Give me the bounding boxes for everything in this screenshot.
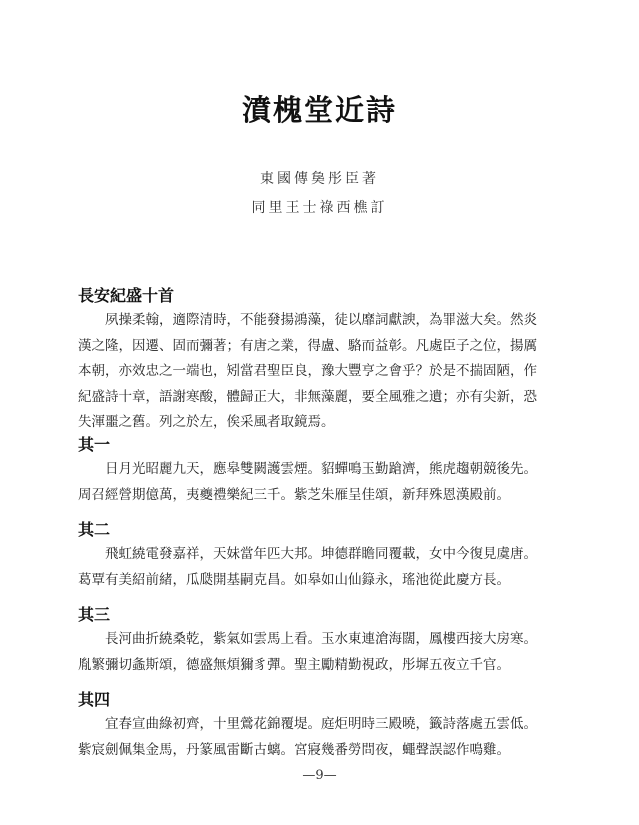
- section-heading-poem-1: 其一: [78, 432, 110, 455]
- page-title: 濆槐堂近詩: [0, 88, 639, 129]
- text-line: 周召經營期億萬，夷夔禮樂紀三千。紫芝朱雁呈佳頌，新拜殊恩漢殿前。: [78, 483, 574, 509]
- text-line: 漢之隆，因遷、固而彌著；有唐之業，得盧、駱而益彰。凡處臣子之位，揚厲: [78, 334, 574, 360]
- poem-4: 宜春宣曲綠初齊，十里鶯花錦覆堤。庭炬明時三殿曉，籤詩落處五雲低。 紫宸劍佩集金馬…: [78, 712, 574, 763]
- poem-3: 長河曲折繞桑乾，紫氣如雲馬上看。玉水東連滄海闊，鳳樓西接大房寒。 胤繁彌切螽斯頌…: [78, 627, 574, 678]
- text-line: 胤繁彌切螽斯頌，德盛無煩獮豸彈。聖主勵精勤視政，彤墀五夜立千官。: [78, 653, 574, 679]
- author-line: 東國傳㚟彤臣著: [0, 168, 639, 188]
- text-line: 日月光昭麗九天，應皋雙闕護雲煙。貂蟬鳴玉勤蹌濟，熊虎趨朝競後先。: [78, 457, 574, 483]
- text-line: 宜春宣曲綠初齊，十里鶯花錦覆堤。庭炬明時三殿曉，籤詩落處五雲低。: [78, 712, 574, 738]
- text-line: 失渾噩之舊。列之於左，俟采風者取鏡焉。: [78, 410, 574, 436]
- text-line: 夙操柔翰，適際清時，不能發揚鴻藻，徒以靡詞獻諛，為罪滋大矣。然炎: [78, 308, 574, 334]
- poem-2: 飛虹繞電發嘉祥，天妹當年匹大邦。坤德群瞻同覆載，女中今復見虞唐。 葛覃有美紹前緒…: [78, 542, 574, 593]
- text-line: 飛虹繞電發嘉祥，天妹當年匹大邦。坤德群瞻同覆載，女中今復見虞唐。: [78, 542, 574, 568]
- section-heading-poem-2: 其二: [78, 517, 110, 540]
- preface-paragraph: 夙操柔翰，適際清時，不能發揚鴻藻，徒以靡詞獻諛，為罪滋大矣。然炎 漢之隆，因遷、…: [78, 308, 574, 436]
- text-line: 本朝，亦效忠之一端也，矧當君聖臣良，豫大豐亨之會乎？於是不揣固陋，作: [78, 359, 574, 385]
- text-line: 紫宸劍佩集金馬，丹篆風雷斷古螭。宮寢幾番勞問夜，蠅聲誤認作鳴雞。: [78, 738, 574, 764]
- text-line: 葛覃有美紹前緒，瓜瓞開基嗣克昌。如皋如山仙籙永，瑤池從此慶方長。: [78, 568, 574, 594]
- text-line: 長河曲折繞桑乾，紫氣如雲馬上看。玉水東連滄海闊，鳳樓西接大房寒。: [78, 627, 574, 653]
- page-number: —9—: [0, 768, 639, 783]
- section-heading-preface: 長安紀盛十首: [78, 283, 174, 306]
- section-heading-poem-4: 其四: [78, 687, 110, 710]
- section-heading-poem-3: 其三: [78, 602, 110, 625]
- editor-line: 同里王士祿西樵訂: [0, 197, 639, 217]
- poem-1: 日月光昭麗九天，應皋雙闕護雲煙。貂蟬鳴玉勤蹌濟，熊虎趨朝競後先。 周召經營期億萬…: [78, 457, 574, 508]
- text-line: 紀盛詩十章，語謝寒酸，體歸正大，非無藻麗，要全風雅之遺；亦有尖新，恐: [78, 385, 574, 411]
